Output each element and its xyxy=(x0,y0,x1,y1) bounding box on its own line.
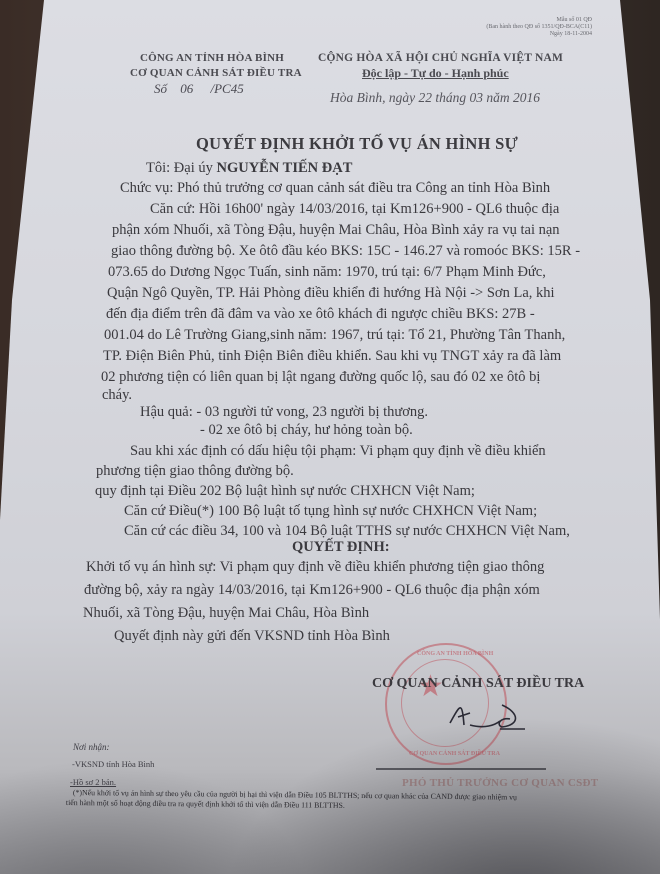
basis-line: Căn cứ: Hồi 16h00' ngày 14/03/2016, tại … xyxy=(150,199,559,220)
country-name: CỘNG HÒA XÃ HỘI CHỦ NGHĨA VIỆT NAM xyxy=(318,52,563,64)
issue-date: Hòa Bình, ngày 22 tháng 03 năm 2016 xyxy=(330,90,540,106)
issuer-name: NGUYỄN TIẾN ĐẠT xyxy=(216,160,352,176)
signer-title: PHÓ THỦ TRƯỞNG CƠ QUAN CSĐT xyxy=(402,777,598,789)
determination-line: Căn cứ Điều(*) 100 Bộ luật tố tụng hình … xyxy=(124,501,537,522)
agency-name: CÔNG AN TỈNH HÒA BÌNH xyxy=(140,52,284,64)
form-reference-line1: Mẫu số 01 QĐ xyxy=(486,17,592,24)
basis-line: cháy. xyxy=(102,385,132,406)
basis-line: đến địa điểm trên đã đâm va vào xe ôtô k… xyxy=(106,304,535,325)
determination-line: phương tiện giao thông đường bộ. xyxy=(96,461,294,482)
determination-line: quy định tại Điều 202 Bộ luật hình sự nư… xyxy=(95,481,475,502)
recipients-label: Nơi nhận: xyxy=(73,742,110,752)
number-label: Số xyxy=(154,81,167,96)
recipient-item: -Hồ sơ 2 bản. xyxy=(70,777,116,787)
basis-line: Quận Ngô Quyền, TP. Hải Phòng điều khiển… xyxy=(107,283,555,304)
basis-line: TP. Điện Biên Phủ, tỉnh Điện Biên điều k… xyxy=(103,346,561,367)
signature-agency: CƠ QUAN CẢNH SÁT ĐIỀU TRA xyxy=(372,676,584,692)
document-title: QUYẾT ĐỊNH KHỞI TỐ VỤ ÁN HÌNH SỰ xyxy=(196,134,518,154)
decision-heading: QUYẾT ĐỊNH: xyxy=(292,537,390,558)
form-reference: Mẫu số 01 QĐ (Ban hành theo QĐ số 1351/Q… xyxy=(486,17,592,38)
basis-line: 001.04 do Lê Trường Giang,sinh năm: 1967… xyxy=(104,325,565,346)
basis-line: 073.65 do Dương Ngọc Tuấn, sinh năm: 197… xyxy=(108,262,546,283)
basis-line: 02 phương tiện có liên quan bị lật ngang… xyxy=(101,367,540,388)
determination-line: Sau khi xác định có dấu hiệu tội phạm: V… xyxy=(130,441,546,462)
form-reference-line3: Ngày 18-11-2004 xyxy=(486,31,592,38)
issuer-prefix: Tôi: Đại úy xyxy=(146,160,216,176)
number-suffix: /PC45 xyxy=(211,81,244,96)
seal-text-bottom: CƠ QUAN CẢNH SÁT ĐIỀU TRA xyxy=(409,751,500,757)
issuer-position: Chức vụ: Phó thủ trưởng cơ quan cảnh sát… xyxy=(120,178,550,199)
basis-line: phận xóm Nhuối, xã Tòng Đậu, huyện Mai C… xyxy=(112,220,560,241)
document-number: Số 06 /PC45 xyxy=(154,81,244,97)
decision-line: Khởi tố vụ án hình sự: Vi phạm quy định … xyxy=(86,557,544,578)
issuer-line: Tôi: Đại úy NGUYỄN TIẾN ĐẠT xyxy=(146,158,352,179)
seal-text-top: CÔNG AN TỈNH HÒA BÌNH xyxy=(417,651,493,657)
basis-line: giao thông đường bộ. Xe ôtô đầu kéo BKS:… xyxy=(111,241,580,262)
signature-line xyxy=(376,768,546,770)
decision-line: Quyết định này gửi đến VKSND tỉnh Hòa Bì… xyxy=(114,626,390,647)
consequence-line: - 02 xe ôtô bị cháy, hư hỏng toàn bộ. xyxy=(200,420,413,441)
recipient-item: -VKSND tỉnh Hòa Bình xyxy=(72,759,154,769)
department-name: CƠ QUAN CẢNH SÁT ĐIỀU TRA xyxy=(130,67,302,79)
form-reference-line2: (Ban hành theo QĐ số 1351/QĐ-BCA(C11) xyxy=(486,24,592,31)
signature-icon xyxy=(440,695,540,735)
decision-line: Nhuối, xã Tòng Đậu, huyện Mai Châu, Hòa … xyxy=(83,603,369,624)
national-motto: Độc lập - Tự do - Hạnh phúc xyxy=(362,66,509,81)
number-value: 06 xyxy=(180,81,193,96)
decision-line: đường bộ, xảy ra ngày 14/03/2016, tại Km… xyxy=(84,580,540,601)
